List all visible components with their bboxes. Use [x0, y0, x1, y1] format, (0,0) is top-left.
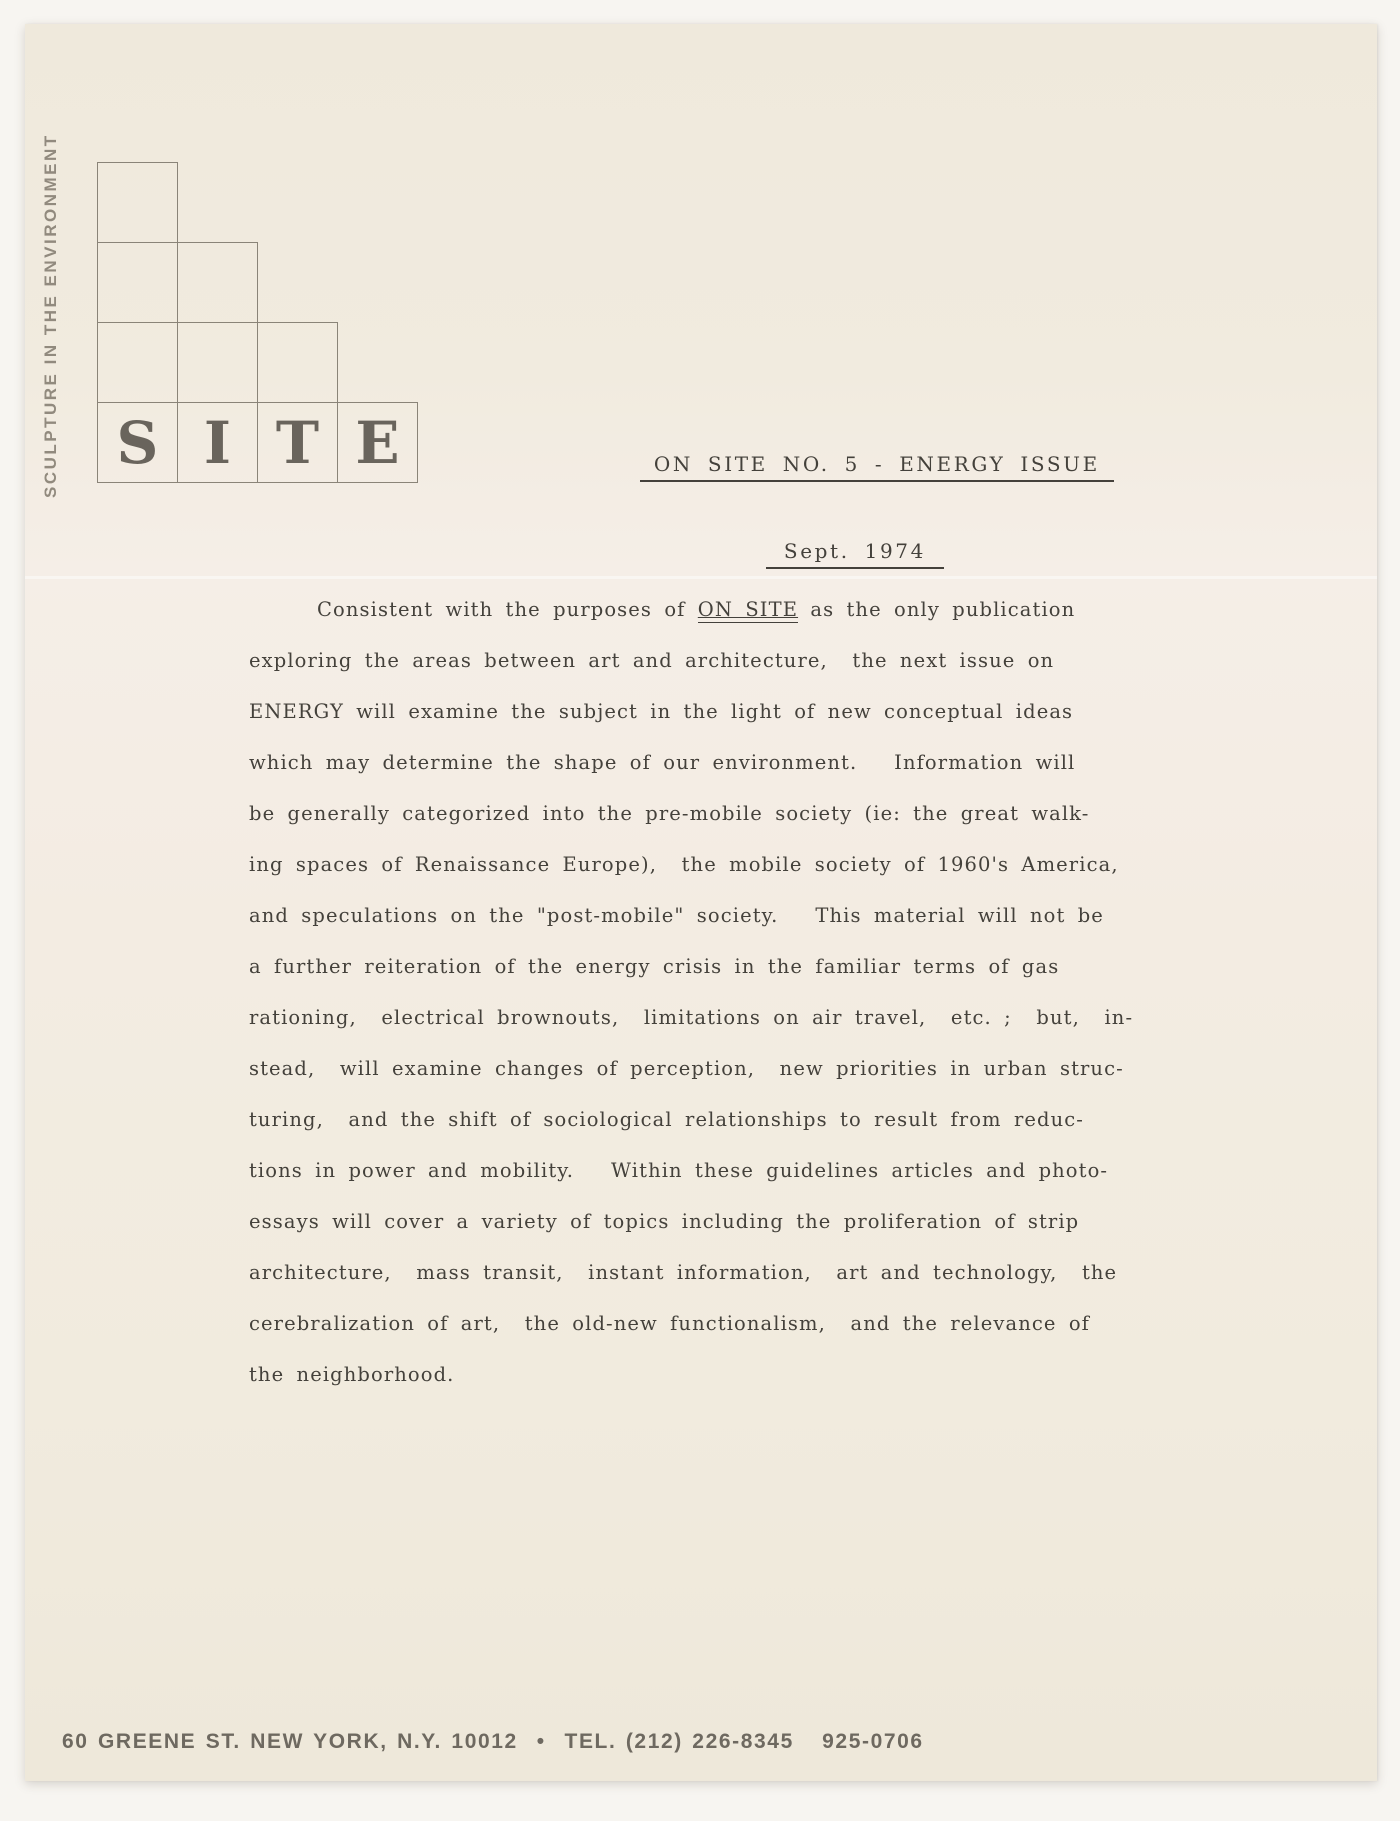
body-line: architecture, mass transit, instant info… [249, 1247, 1179, 1298]
text-segment: stead, will examine changes of perceptio… [249, 1057, 1124, 1080]
footer-address: 60 GREENE ST. NEW YORK, N.Y. 10012 • TEL… [62, 1730, 924, 1754]
body-line: rationing, electrical brownouts, limitat… [249, 992, 1179, 1043]
text-segment: cerebralization of art, the old-new func… [249, 1312, 1090, 1335]
text-segment: turing, and the shift of sociological re… [249, 1108, 1084, 1131]
body-line: ENERGY will examine the subject in the l… [249, 686, 1179, 737]
logo-letter-cell: E [337, 402, 418, 483]
text-segment: be generally categorized into the pre-mo… [249, 802, 1089, 825]
document-title: ON SITE NO. 5 - ENERGY ISSUE [640, 452, 1114, 482]
text-segment: ENERGY will examine the subject in the l… [249, 700, 1073, 723]
body-line: be generally categorized into the pre-mo… [249, 788, 1179, 839]
logo-grid-cell [257, 322, 338, 403]
text-segment: rationing, electrical brownouts, limitat… [249, 1006, 1133, 1029]
logo-letter-i: I [204, 409, 231, 477]
text-segment: and speculations on the "post-mobile" so… [249, 904, 1104, 927]
logo-letter-cell: S [97, 402, 178, 483]
logo-letter-cell: T [257, 402, 338, 483]
logo-grid-cell [97, 322, 178, 403]
text-segment: ing spaces of Renaissance Europe), the m… [249, 853, 1119, 876]
body-line: which may determine the shape of our env… [249, 737, 1179, 788]
text-segment: which may determine the shape of our env… [249, 751, 1075, 774]
site-staircase-logo: S I T E [97, 162, 427, 492]
document-header: ON SITE NO. 5 - ENERGY ISSUE Sept. 1974 [580, 428, 1070, 593]
text-segment: Consistent with the purposes of [317, 598, 698, 621]
body-line: Consistent with the purposes of ON SITE … [249, 584, 1179, 635]
text-segment: architecture, mass transit, instant info… [249, 1261, 1117, 1284]
body-line: ing spaces of Renaissance Europe), the m… [249, 839, 1179, 890]
document-date: Sept. 1974 [766, 539, 944, 569]
underlined-phrase: ON SITE [698, 598, 798, 623]
body-line: a further reiteration of the energy cris… [249, 941, 1179, 992]
body-line: the neighborhood. [249, 1349, 1179, 1400]
text-segment: exploring the areas between art and arch… [249, 649, 1054, 672]
body-line: turing, and the shift of sociological re… [249, 1094, 1179, 1145]
logo-grid-cell [97, 242, 178, 323]
logo-letter-cell: I [177, 402, 258, 483]
logo-letter-s: S [117, 409, 159, 477]
logo-letter-e: E [355, 409, 399, 477]
logo-grid-cell [97, 162, 178, 243]
body-line: tions in power and mobility. Within thes… [249, 1145, 1179, 1196]
text-segment: a further reiteration of the energy cris… [249, 955, 1059, 978]
logo-grid-cell [177, 242, 258, 323]
body-paragraph: Consistent with the purposes of ON SITE … [249, 584, 1179, 1400]
logo-grid-cell [177, 322, 258, 403]
letter-page: SCULPTURE IN THE ENVIRONMENT S I T E ON … [25, 24, 1377, 1781]
body-line: essays will cover a variety of topics in… [249, 1196, 1179, 1247]
body-line: and speculations on the "post-mobile" so… [249, 890, 1179, 941]
logo-letter-t: T [276, 409, 319, 477]
body-line: cerebralization of art, the old-new func… [249, 1298, 1179, 1349]
text-segment: as the only publication [798, 598, 1075, 621]
text-segment: essays will cover a variety of topics in… [249, 1210, 1079, 1233]
letterhead-vertical-tagline: SCULPTURE IN THE ENVIRONMENT [41, 82, 75, 498]
body-line: stead, will examine changes of perceptio… [249, 1043, 1179, 1094]
text-segment: the neighborhood. [249, 1363, 454, 1386]
body-line: exploring the areas between art and arch… [249, 635, 1179, 686]
text-segment: tions in power and mobility. Within thes… [249, 1159, 1108, 1182]
